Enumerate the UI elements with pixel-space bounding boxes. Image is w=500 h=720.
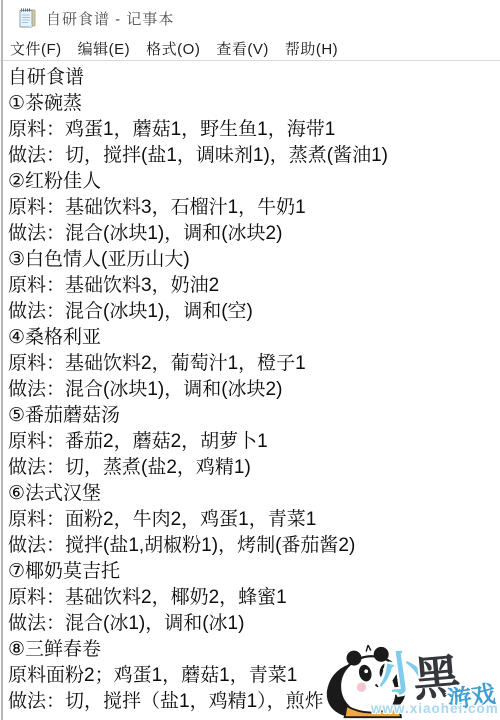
menu-item-view[interactable]: 查看(V) <box>208 38 277 59</box>
text-editor-area[interactable]: 自研食谱 ①茶碗蒸 原料：鸡蛋1，蘑菇1，野生鱼1，海带1 做法：切，搅拌(盐1… <box>3 62 497 720</box>
text-line: 原料：基础饮料3，石榴汁1，牛奶1 <box>8 195 497 221</box>
text-line: ⑥法式汉堡 <box>8 481 497 507</box>
text-line: ③白色情人(亚历山大) <box>8 247 497 273</box>
window-title: 自研食谱 - 记事本 <box>46 8 174 29</box>
text-line: ①茶碗蒸 <box>8 91 497 117</box>
text-line: 自研食谱 <box>8 65 497 91</box>
text-line: ⑦椰奶莫吉托 <box>8 559 497 585</box>
text-line: 做法：混合(冰块1)，调和(冰块2) <box>8 221 497 247</box>
text-line: 原料：番茄2，蘑菇2，胡萝卜1 <box>8 429 497 455</box>
menu-item-file[interactable]: 文件(F) <box>2 38 70 59</box>
watermark: 小 黑 游戏 www.xiaohei.com <box>318 641 500 720</box>
window-left-border <box>1 0 3 720</box>
text-line: ⑤番茄蘑菇汤 <box>8 403 497 429</box>
menu-item-format[interactable]: 格式(O) <box>138 38 208 59</box>
text-line: 原料：鸡蛋1，蘑菇1，野生鱼1，海带1 <box>8 117 497 143</box>
menu-item-help[interactable]: 帮助(H) <box>277 38 346 59</box>
text-line: 原料：基础饮料2，椰奶2，蜂蜜1 <box>8 585 497 611</box>
text-line: 做法：切，蒸煮(盐2，鸡精1) <box>8 455 497 481</box>
title-bar: 自研食谱 - 记事本 <box>0 0 500 36</box>
text-line: 原料：面粉2，牛肉2，鸡蛋1，青菜1 <box>8 507 497 533</box>
text-line: 做法：混合(冰1)，调和(冰1) <box>8 611 497 637</box>
text-line: 原料：基础饮料2，葡萄汁1，橙子1 <box>8 351 497 377</box>
menu-bar: 文件(F) 编辑(E) 格式(O) 查看(V) 帮助(H) <box>0 36 500 61</box>
watermark-url: www.xiaohei.com <box>371 701 499 716</box>
text-line: 做法：混合(冰块1)，调和(冰块2) <box>8 377 497 403</box>
notepad-window: 自研食谱 - 记事本 文件(F) 编辑(E) 格式(O) 查看(V) 帮助(H)… <box>0 0 500 720</box>
text-line: ②红粉佳人 <box>8 169 497 195</box>
menu-item-edit[interactable]: 编辑(E) <box>70 38 139 59</box>
text-line: 做法：搅拌(盐1,胡椒粉1)，烤制(番茄酱2) <box>8 533 497 559</box>
text-line: 做法：切，搅拌(盐1，调味剂1)，蒸煮(酱油1) <box>8 143 497 169</box>
text-line: 原料：基础饮料3，奶油2 <box>8 273 497 299</box>
text-line: 做法：混合(冰块1)，调和(空) <box>8 299 497 325</box>
text-line: ④桑格利亚 <box>8 325 497 351</box>
notepad-icon <box>17 7 37 29</box>
